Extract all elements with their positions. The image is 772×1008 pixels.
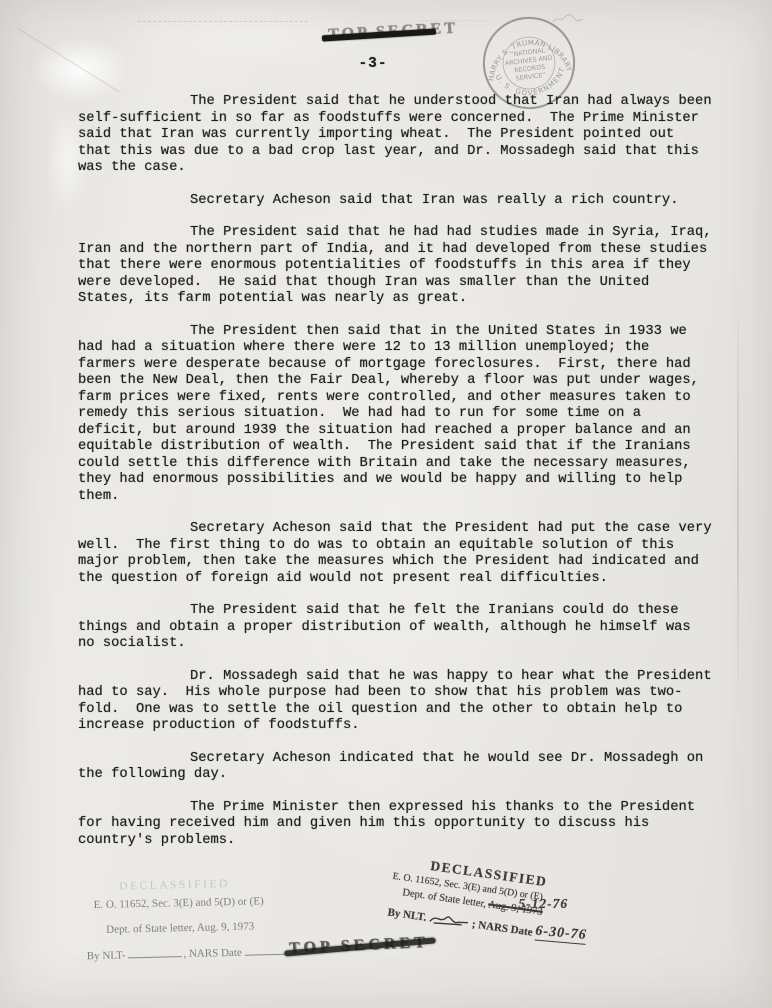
blank-underline: [127, 947, 181, 958]
by-nlt-label: By NLT.: [387, 906, 427, 923]
eo-line: E. O. 11652, Sec. 3(E) and 5(D) or (E): [94, 893, 382, 912]
nars-date-label: ; NARS Date: [471, 918, 533, 938]
nars-date-label: , NARS Date: [183, 947, 242, 960]
body-paragraph: The President said that he had had studi…: [78, 225, 714, 308]
document-body: The President said that he understood th…: [78, 94, 714, 865]
body-paragraph: Dr. Mossadegh said that he was happy to …: [78, 669, 714, 735]
page-number: -3-: [338, 56, 408, 72]
state-letter-line: Dept. of State letter, Aug. 9, 1973: [106, 918, 382, 936]
body-paragraph: The President then said that in the Unit…: [78, 324, 714, 506]
body-paragraph: The President said that he felt the Iran…: [78, 603, 714, 653]
body-paragraph: Secretary Acheson said that Iran was rea…: [78, 193, 714, 210]
body-paragraph: Secretary Acheson said that the Presiden…: [78, 521, 714, 587]
paper-crease-vertical: [737, 280, 739, 720]
handwritten-date: 5-12-76: [518, 896, 568, 912]
body-paragraph: The President said that he understood th…: [78, 94, 714, 177]
body-paragraph: Secretary Acheson indicated that he woul…: [78, 751, 714, 784]
paper-wrinkle: [17, 28, 119, 92]
body-paragraph: The Prime Minister then expressed his th…: [78, 800, 714, 850]
handwritten-nars-date: 6-30-76: [535, 924, 588, 945]
document-page: TOP SECRET -3- HARRY S. TRUMAN LIBRARY U…: [0, 0, 772, 1008]
declassified-ghost-text: DECLASSIFIED: [119, 875, 381, 893]
paper-crease-line: [138, 21, 308, 22]
by-nlt-label: By NLT-: [87, 949, 126, 962]
signature-scribble: [428, 910, 472, 930]
